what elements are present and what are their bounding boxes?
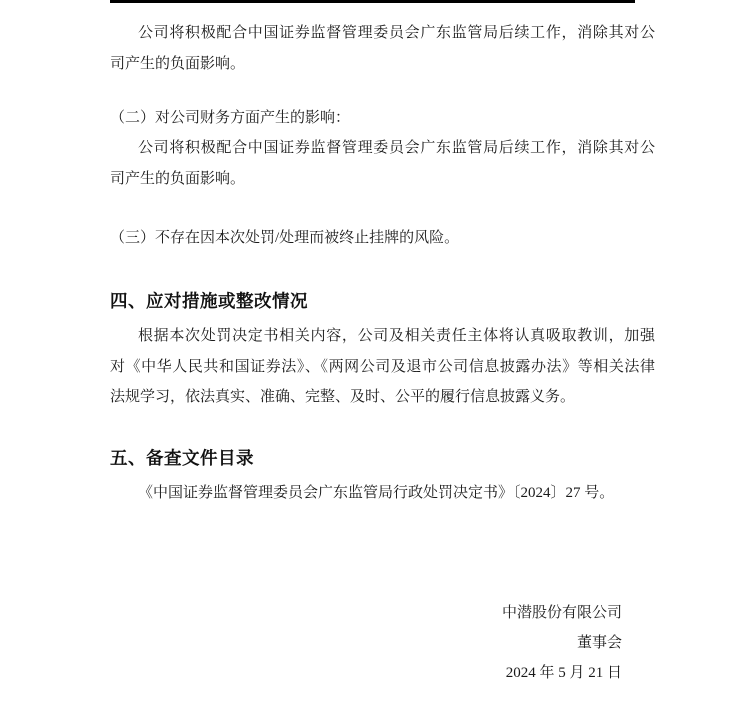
part-five-paragraph: 《中国证券监督管理委员会广东监管局行政处罚决定书》〔2024〕27 号。 xyxy=(110,478,655,509)
intro-paragraph: 公司将积极配合中国证券监督管理委员会广东监管局后续工作，消除其对公 司产生的负面… xyxy=(110,18,655,79)
paragraph-line: 司产生的负面影响。 xyxy=(110,164,655,195)
signature-block: 中潜股份有限公司 董事会 2024 年 5 月 21 日 xyxy=(110,598,622,688)
announcement-document-page: 公司将积极配合中国证券监督管理委员会广东监管局后续工作，消除其对公 司产生的负面… xyxy=(0,0,736,704)
part-four-paragraph: 根据本次处罚决定书相关内容，公司及相关责任主体将认真吸取教训，加强 对《中华人民… xyxy=(110,321,655,413)
section-two-label: （二）对公司财务方面产生的影响： xyxy=(110,103,655,134)
part-four-heading: 四、应对措施或整改情况 xyxy=(110,289,655,313)
paragraph-line: 公司将积极配合中国证券监督管理委员会广东监管局后续工作，消除其对公 xyxy=(110,18,655,49)
paragraph-line: 对《中华人民共和国证券法》、《两网公司及退市公司信息披露办法》等相关法律 xyxy=(110,352,655,383)
signature-date: 2024 年 5 月 21 日 xyxy=(110,658,622,688)
section-label-text: （三）不存在因本次处罚/处理而被终止挂牌的风险。 xyxy=(110,223,655,254)
signature-company: 中潜股份有限公司 xyxy=(110,598,622,628)
part-five-heading: 五、备查文件目录 xyxy=(110,446,655,470)
paragraph-line: 公司将积极配合中国证券监督管理委员会广东监管局后续工作，消除其对公 xyxy=(110,133,655,164)
section-label-text: （二）对公司财务方面产生的影响： xyxy=(110,103,655,134)
page-top-rule xyxy=(110,0,635,3)
signature-signer: 董事会 xyxy=(110,628,622,658)
paragraph-line: 法规学习，依法真实、准确、完整、及时、公平的履行信息披露义务。 xyxy=(110,382,655,413)
section-two-paragraph: 公司将积极配合中国证券监督管理委员会广东监管局后续工作，消除其对公 司产生的负面… xyxy=(110,133,655,194)
paragraph-line: 根据本次处罚决定书相关内容，公司及相关责任主体将认真吸取教训，加强 xyxy=(110,321,655,352)
paragraph-line: 《中国证券监督管理委员会广东监管局行政处罚决定书》〔2024〕27 号。 xyxy=(110,478,655,509)
section-three-label: （三）不存在因本次处罚/处理而被终止挂牌的风险。 xyxy=(110,223,655,254)
paragraph-line: 司产生的负面影响。 xyxy=(110,49,655,80)
